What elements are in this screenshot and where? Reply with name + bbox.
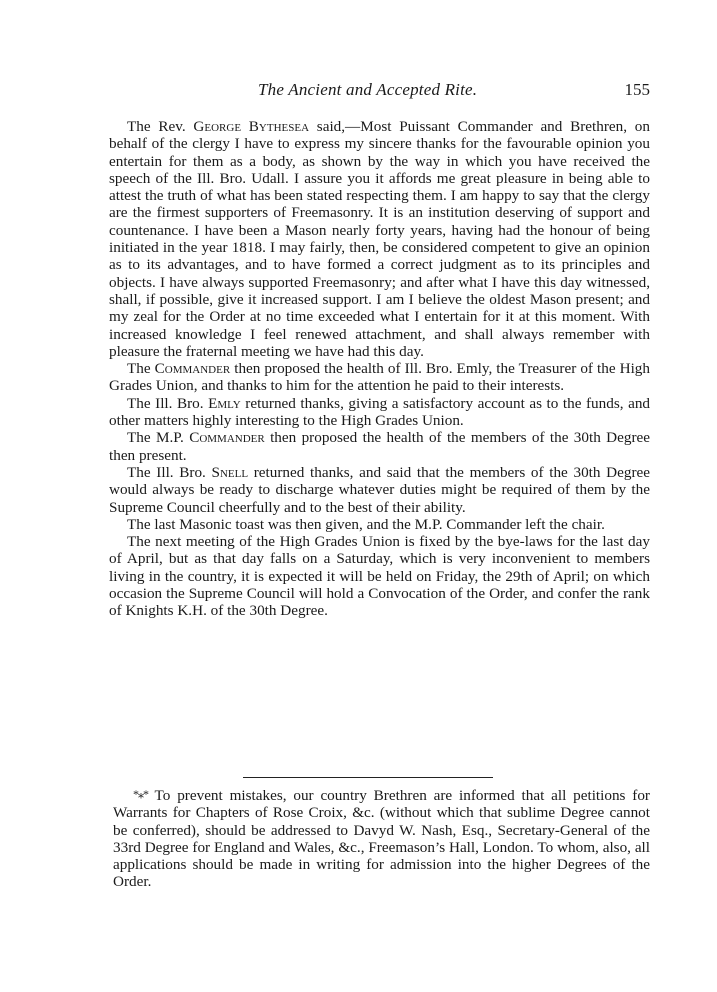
paragraph-text: The last Masonic toast was then given, a… xyxy=(127,516,605,533)
paragraph-bythesea-speech: The Rev. George Bythesea said,—Most Puis… xyxy=(109,118,650,360)
paragraph-last-toast: The last Masonic toast was then given, a… xyxy=(109,516,650,533)
notice-text: To prevent mistakes, our country Brethre… xyxy=(113,787,650,890)
running-title: The Ancient and Accepted Rite. xyxy=(258,80,477,100)
paragraph-commander-toast-30th: The M.P. Commander then proposed the hea… xyxy=(109,429,650,464)
book-page: The Ancient and Accepted Rite. 155 The R… xyxy=(0,0,717,992)
speaker-name: Commander xyxy=(155,360,231,377)
paragraph-lead: The Ill. Bro. xyxy=(127,464,212,481)
paragraph-commander-toast-emly: The Commander then proposed the health o… xyxy=(109,360,650,395)
section-divider xyxy=(243,777,493,778)
asterism-icon: *⁎* xyxy=(133,787,148,801)
paragraph-lead: The xyxy=(127,360,155,377)
paragraph-next-meeting: The next meeting of the High Grades Unio… xyxy=(109,533,650,619)
paragraph-lead: The Rev. xyxy=(127,118,193,135)
paragraph-snell-reply: The Ill. Bro. Snell returned thanks, and… xyxy=(109,464,650,516)
running-head: The Ancient and Accepted Rite. 155 xyxy=(108,80,658,104)
speaker-name: Commander xyxy=(189,429,265,446)
notice-paragraph: *⁎* To prevent mistakes, our country Bre… xyxy=(113,786,650,891)
body-text: The Rev. George Bythesea said,—Most Puis… xyxy=(109,118,650,620)
speaker-name: Emly xyxy=(208,395,241,412)
paragraph-emly-reply: The Ill. Bro. Emly returned thanks, givi… xyxy=(109,395,650,430)
speaker-name: George Bythesea xyxy=(193,118,309,135)
paragraph-text: The next meeting of the High Grades Unio… xyxy=(109,533,650,619)
notice-block: *⁎* To prevent mistakes, our country Bre… xyxy=(113,786,650,891)
page-number: 155 xyxy=(625,80,651,100)
paragraph-lead: The Ill. Bro. xyxy=(127,395,208,412)
paragraph-lead: The M.P. xyxy=(127,429,189,446)
paragraph-text: said,—Most Puissant Commander and Brethr… xyxy=(109,118,650,360)
speaker-name: Snell xyxy=(212,464,249,481)
